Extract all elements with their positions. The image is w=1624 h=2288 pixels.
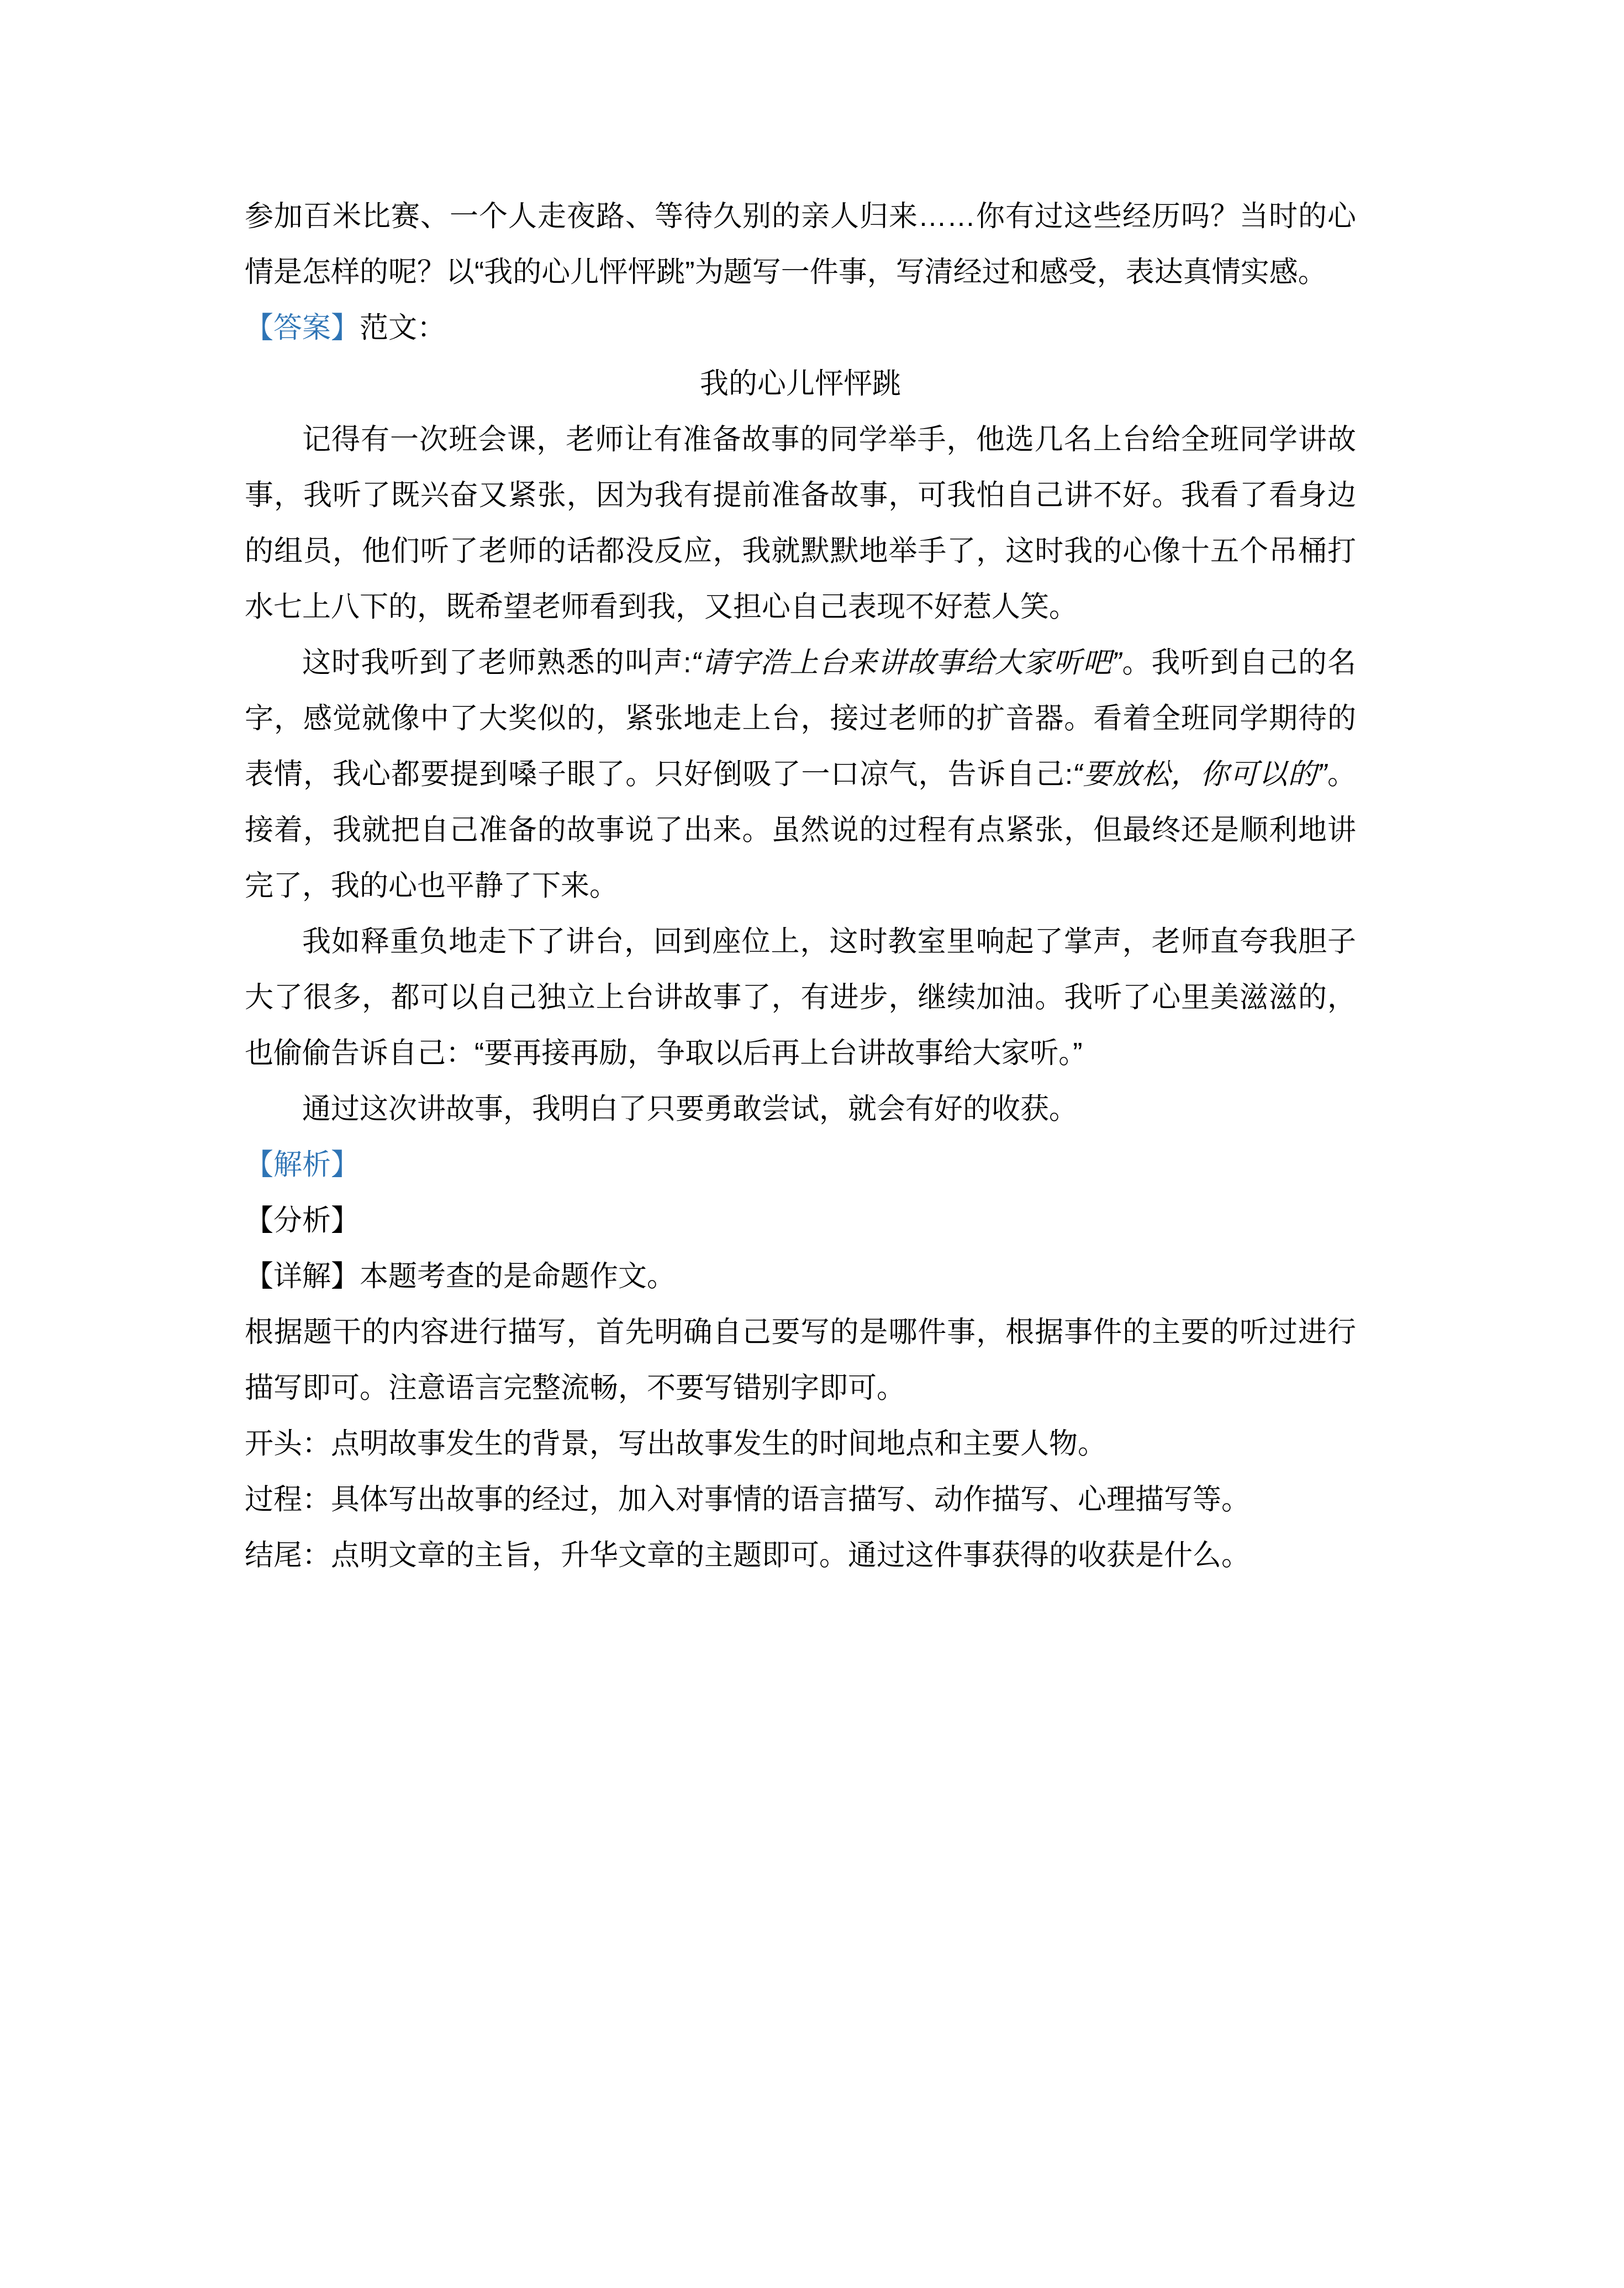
analysis-label: 【解析】 xyxy=(245,1149,360,1181)
document-page: 参加百米比赛、一个人走夜路、等待久别的亲人归来……你有过这些经历吗？当时的心情是… xyxy=(0,0,1624,2288)
essay-paragraph-1: 记得有一次班会课，老师让有准备故事的同学举手，他选几名上台给全班同学讲故事，我听… xyxy=(245,412,1356,635)
essay-quote-italic: “要放松，你可以的” xyxy=(1073,758,1327,790)
prompt-paragraph: 参加百米比赛、一个人走夜路、等待久别的亲人归来……你有过这些经历吗？当时的心情是… xyxy=(245,189,1356,301)
essay-text: 记得有一次班会课，老师让有准备故事的同学举手，他选几名上台给全班同学讲故事，我听… xyxy=(245,424,1356,623)
xiangjie-paragraph: 【详解】本题考查的是命题作文。 xyxy=(245,1249,1356,1305)
analysis-paragraph-4: 结尾：点明文章的主旨，升华文章的主题即可。通过这件事获得的收获是什么。 xyxy=(245,1528,1356,1584)
answer-intro: 范文： xyxy=(360,312,446,344)
analysis-paragraph-3: 过程：具体写出故事的经过，加入对事情的语言描写、动作描写、心理描写等。 xyxy=(245,1472,1356,1528)
essay-text: 通过这次讲故事，我明白了只要勇敢尝试，就会有好的收获。 xyxy=(302,1093,1078,1125)
analysis-paragraph-2: 开头：点明故事发生的背景，写出故事发生的时间地点和主要人物。 xyxy=(245,1416,1356,1472)
xiangjie-label: 【详解】 xyxy=(245,1261,360,1293)
xiangjie-text: 本题考查的是命题作文。 xyxy=(360,1261,676,1293)
essay-text: 这时我听到了老师熟悉的叫声: xyxy=(302,647,692,679)
essay-quote-italic: “请宇浩上台来讲故事给大家听吧” xyxy=(692,647,1122,679)
essay-text: 我如释重负地走下了讲台，回到座位上，这时教室里响起了掌声，老师直夸我胆子大了很多… xyxy=(245,926,1356,1069)
analysis-paragraph-1: 根据题干的内容进行描写，首先明确自己要写的是哪件事，根据事件的主要的听过进行描写… xyxy=(245,1305,1356,1416)
analysis-heading: 【解析】 xyxy=(245,1137,1356,1193)
essay-paragraph-4: 通过这次讲故事，我明白了只要勇敢尝试，就会有好的收获。 xyxy=(245,1082,1356,1137)
fenxi-heading: 【分析】 xyxy=(245,1193,1356,1249)
essay-paragraph-3: 我如释重负地走下了讲台，回到座位上，这时教室里响起了掌声，老师直夸我胆子大了很多… xyxy=(245,914,1356,1082)
essay-title: 我的心儿怦怦跳 xyxy=(245,356,1356,412)
answer-heading: 【答案】范文： xyxy=(245,301,1356,356)
answer-label: 【答案】 xyxy=(245,312,360,344)
essay-paragraph-2: 这时我听到了老师熟悉的叫声:“请宇浩上台来讲故事给大家听吧”。我听到自己的名字，… xyxy=(245,635,1356,914)
